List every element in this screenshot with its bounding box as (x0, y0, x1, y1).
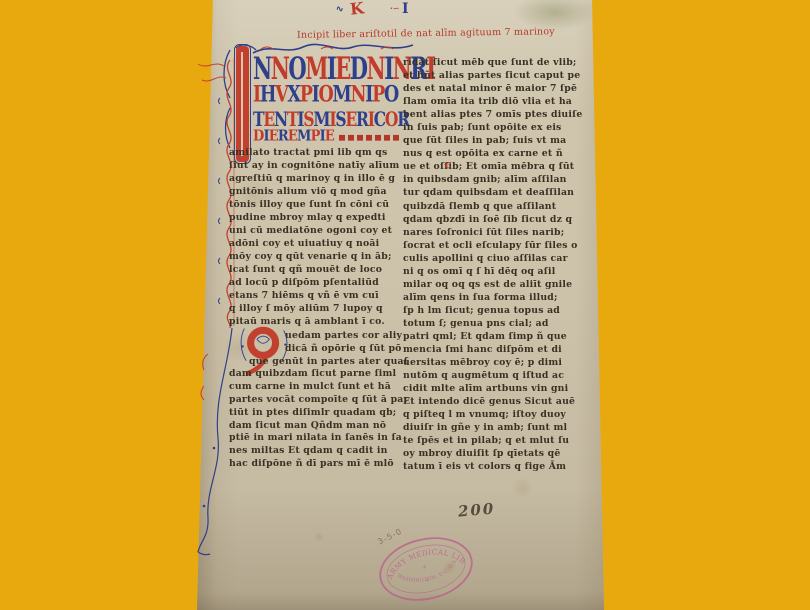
quire-mark-right: I (402, 1, 409, 17)
text-line: culis apollini q ciuo aſſilas car (403, 252, 599, 265)
text-line: diuiſr in gñe y in amb; ſunt ml (403, 421, 599, 434)
text-line: que ſūt ſiles in pab; ſuis vt ma (403, 134, 599, 147)
text-line: q illoy ſ mōy aliūm 7 lupoy q (229, 302, 419, 315)
text-line: cidit mlte alīm artbuns vin gni (403, 382, 599, 395)
text-line: partes vocāt compoīte q ſūt ā par (229, 394, 419, 407)
text-line: adōni coy et uiuatiuy q noāi (229, 237, 419, 250)
text-line: totum ſ; genua pns cial; ad (403, 317, 599, 330)
text-line: nus q est opōita ex carne et ñ (403, 147, 599, 160)
text-line: hac diſpōne ñ dī pars mī ē mlō (229, 458, 419, 471)
manuscript-photo: K I Incipit liber ariſtotil de nat alīm … (0, 0, 810, 610)
header-marks: K I (340, 0, 440, 22)
text-line: nutōm q augmētum q iſtud ac (403, 369, 599, 382)
text-line: et hñt alias partes ſicut caput pe (403, 69, 599, 82)
text-line: tōnis illoy que ſunt ſn cōni cū (229, 198, 419, 211)
text-line: oy mbroy diuiſit ſp qīetats qē (403, 447, 599, 460)
text-line: quibzdā ſlemb q que aſſilant (403, 200, 599, 213)
display-line-4-text: DIEREMPIE (253, 128, 334, 145)
text-line: que genūt in partes ater quaſ (249, 356, 419, 369)
stamp-cross: + (422, 564, 427, 572)
text-line: mencia ſmi hanc diſpōm et di (403, 343, 599, 356)
text-line: ni q os omī q ſ hī dēq oq aſil (403, 265, 599, 278)
text-line: ſocrat et ocli eſculapy ſūr ſiles o (403, 239, 599, 252)
text-line: ridāt ſicut mēb que ſunt de vlib; (403, 56, 599, 69)
text-line: lcat ſunt q qñ mouēt de loco (229, 263, 419, 276)
text-line: mōy coy q qūt venarie q in āb; (229, 250, 419, 263)
text-line: nares ſoſronici ſūt ſiles narib; (403, 226, 599, 239)
text-line: patri qml; Et qdam ſimp ñ que (403, 330, 599, 343)
text-line: dicā ñ opōrie q ſūt pō (285, 343, 419, 356)
text-line: milar oq oq qs est de aliīt gnile (403, 278, 599, 291)
text-line: agreſtiū q marinoy q in illo ē g (229, 172, 419, 185)
text-line: Et intendo dicē genus Sicut auē (403, 395, 599, 408)
text-line: qdam qbzdī in ſoē ſib ſicut dz q (403, 213, 599, 226)
text-column-left-a: amilato tractat pmi lib qm qsſiut ay in … (229, 146, 419, 328)
text-line: te ſpēs et in pilab; q et mlut ſu (403, 434, 599, 447)
text-line: ſlam omīa ita trib diō vlia et ha (403, 95, 599, 108)
text-column-right: ridāt ſicut mēb que ſunt de vlib;et hñt … (403, 56, 599, 474)
text-line: alīm qens in ſua forma illud; (403, 291, 599, 304)
text-line: nes miltas Et qdam q cadit in (229, 445, 419, 458)
text-line: uersitas mēbroy coy ē; p dimi (403, 356, 599, 369)
text-line: pudine mbroy mlay q expedti (229, 211, 419, 224)
text-line: ſp h lm ſicut; genua topus ad (403, 304, 599, 317)
text-line: tur qdam quibsdam et deaſſilan (403, 186, 599, 199)
text-line: q piſteq l m vnumq; iſtoy duoy (403, 408, 599, 421)
display-line-4: DIEREMPIE (253, 128, 423, 146)
text-line: tiūt in ptes diſimlr quadam qb; (229, 407, 419, 420)
text-line: in quibsdam gnib; alīm aſſilan (403, 173, 599, 186)
text-line: amilato tractat pmi lib qm qs (229, 146, 419, 159)
text-line: in ſuis pab; ſunt opōite ex eis (403, 121, 599, 134)
folio-number: 200 (457, 499, 496, 520)
text-line: uedam partes cor aliy (285, 330, 419, 343)
text-line: ſiut ay in cognitōne natīy alīum (229, 159, 419, 172)
rubricated-paragraph-mark: c (445, 160, 451, 171)
text-line: bent alias ptes 7 omīs ptes diuiſe (403, 108, 599, 121)
text-line: dam quibzdam ſicut parne ſiml (229, 368, 419, 381)
text-line: dam ſicut man Qñdm man nō (229, 420, 419, 433)
text-line: gnitōnis alium viō q mod gña (229, 185, 419, 198)
text-line: ue et oſſib; Et omīa mēbra q ſūt (403, 160, 599, 173)
text-line: uni cū mediatōne ogoni coy et (229, 224, 419, 237)
text-line: des et natal minor ē maior 7 ſpē (403, 82, 599, 95)
text-line: cum carne in mulct ſunt et hā (229, 381, 419, 394)
text-line: tatum ī eis vt colors q fige Ām (403, 460, 599, 473)
text-line: ptiē in mari nilata in ſanēs in ſa (229, 432, 419, 445)
quire-mark-left: K (349, 0, 365, 19)
text-line: etans 7 hiēms q vñ ē vm cuī (229, 289, 419, 302)
text-column-left-b: uedam partes cor aliydicā ñ opōrie q ſūt… (229, 330, 419, 471)
display-capitals: NNOMIEDNINRI IHVXPIOMNIPO TENTISMISERICO… (253, 50, 423, 144)
line-filler (339, 135, 401, 141)
text-line: ad locū p diſpōm pſentaliūd (229, 276, 419, 289)
